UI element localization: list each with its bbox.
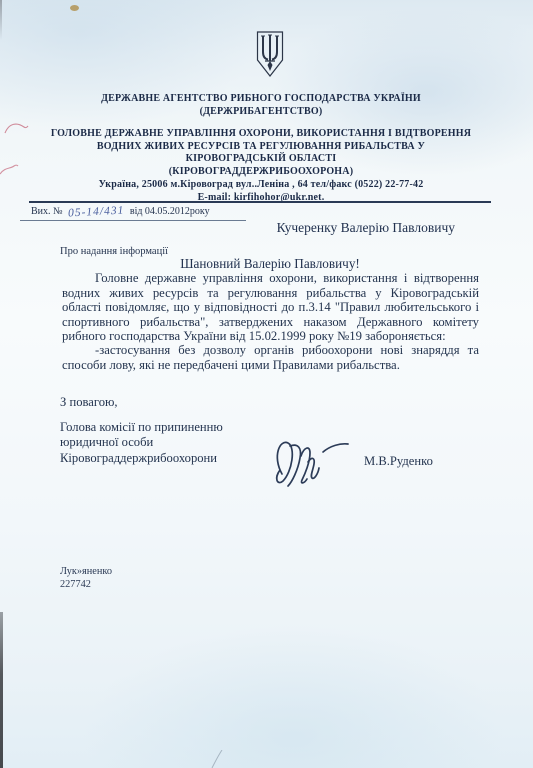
letterhead-divider-rule (29, 201, 491, 203)
address-line: Україна, 25006 м.Кіровоград вул..Леніна … (30, 179, 492, 192)
scanned-letter-page: ДЕРЖАВНЕ АГЕНТСТВО РИБНОГО ГОСПОДАРСТВА … (0, 0, 533, 768)
scan-edge-artifact (0, 612, 3, 768)
agency-name: ДЕРЖАВНЕ АГЕНТСТВО РИБНОГО ГОСПОДАРСТВА … (30, 93, 492, 106)
salutation: Шановний Валерію Павловичу! (62, 256, 478, 272)
red-pen-mark-lower (0, 163, 20, 177)
executor-phone: 227742 (60, 579, 112, 592)
recipient-name: Кучеренку Валерію Павловичу (277, 220, 455, 236)
signer-title-line2: юридичної особи (60, 435, 223, 450)
reference-date: від 04.05.2012року (130, 206, 210, 217)
reference-line: Вих. № 05-14/431 від 04.05.2012року (31, 205, 210, 217)
letterhead-agency: ДЕРЖАВНЕ АГЕНТСТВО РИБНОГО ГОСПОДАРСТВА … (30, 93, 492, 118)
agency-abbr: (ДЕРЖРИБАГЕНТСТВО) (30, 106, 492, 119)
division-line2: ВОДНИХ ЖИВИХ РЕСУРСІВ ТА РЕГУЛЮВАННЯ РИБ… (30, 141, 492, 154)
body-paragraph-2: -застосування без дозволу органів рибоох… (62, 343, 479, 372)
body-paragraph-1: Головне державне управління охорони, вик… (62, 271, 479, 344)
letterhead-division: ГОЛОВНЕ ДЕРЖАВНЕ УПРАВЛІННЯ ОХОРОНИ, ВИК… (30, 128, 492, 178)
division-line3: КІРОВОГРАДСЬКІЙ ОБЛАСТІ (30, 153, 492, 166)
handwritten-signature (268, 434, 352, 490)
signer-name: М.В.Руденко (364, 454, 433, 469)
executor-block: Лук»яненко 227742 (60, 566, 112, 592)
signer-title-line1: Голова комісії по припиненню (60, 420, 223, 435)
ukraine-trident-emblem-icon (254, 30, 286, 78)
division-line1: ГОЛОВНЕ ДЕРЖАВНЕ УПРАВЛІННЯ ОХОРОНИ, ВИК… (30, 128, 492, 141)
executor-name: Лук»яненко (60, 566, 112, 579)
outgoing-number-handwritten: 05-14/431 (65, 204, 128, 219)
closing-phrase: З повагою, (60, 395, 118, 410)
crease-mark-artifact (208, 750, 228, 768)
signer-title-line3: Кіровограддержрибоохорони (60, 451, 223, 466)
signer-title-block: Голова комісії по припиненню юридичної о… (60, 420, 223, 466)
outgoing-number-label: Вих. № (31, 206, 63, 217)
reference-underline-rule (20, 220, 246, 221)
division-abbr: (КІРОВОГРАДДЕРЖРИБООХОРОНА) (30, 166, 492, 179)
red-pen-mark-upper (2, 118, 32, 138)
scan-edge-top-artifact (0, 0, 2, 40)
paper-speck-artifact (70, 5, 79, 11)
